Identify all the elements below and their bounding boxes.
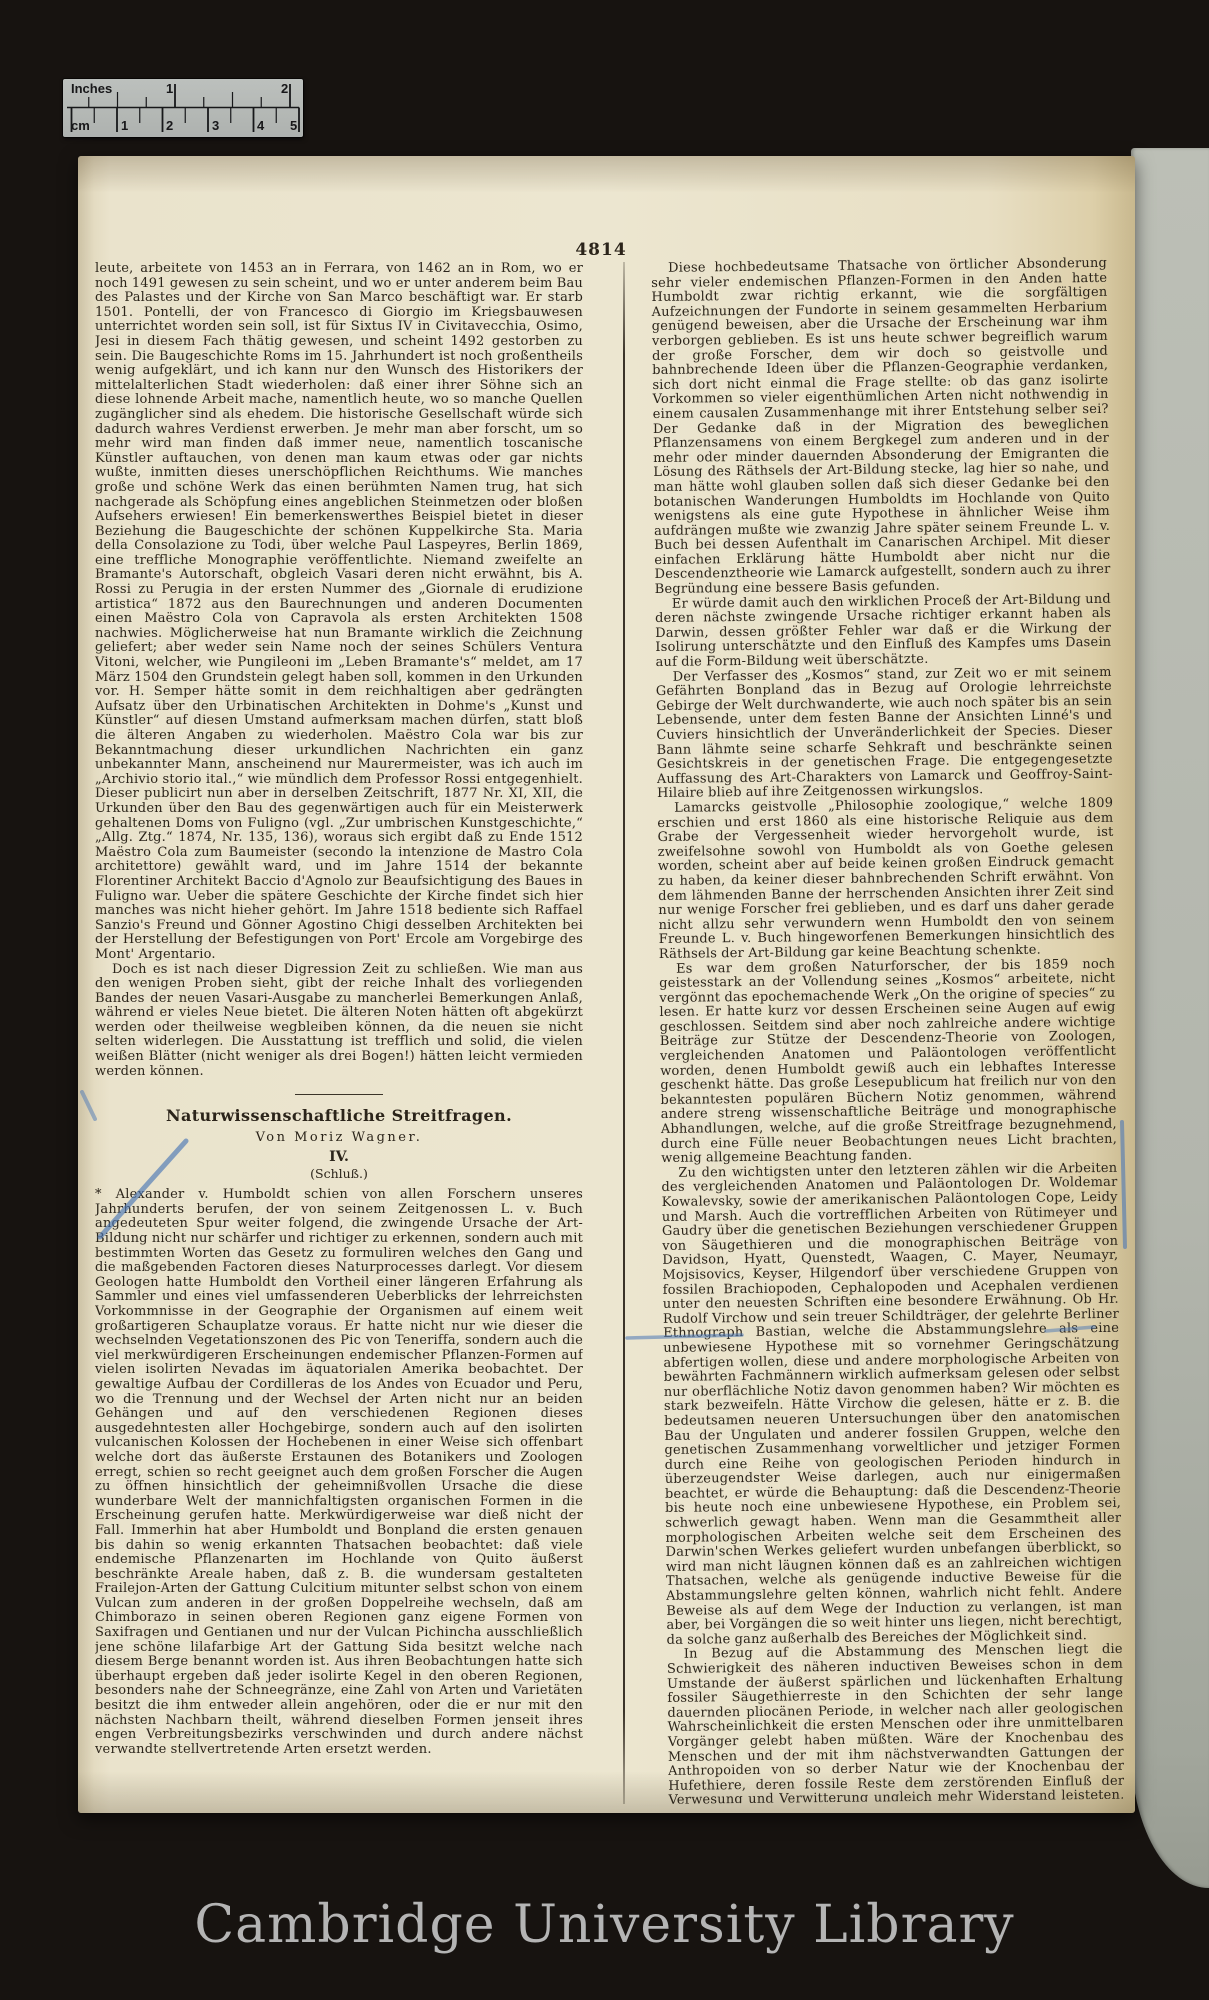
article-byline: Von Moriz Wagner. xyxy=(95,1130,583,1145)
body-paragraph: Diese hochbedeutsame Thatsache von örtli… xyxy=(651,257,1111,598)
ruler-cm-2: 2 xyxy=(166,119,173,132)
ruler-inch-2: 2 xyxy=(281,82,288,95)
section-divider xyxy=(295,1094,383,1095)
body-paragraph: Er würde damit auch den wirklichen Proce… xyxy=(655,592,1112,670)
left-column: leute, arbeitete von 1453 an in Ferrara,… xyxy=(95,262,583,1804)
article-title: Naturwissenschaftliche Streitfragen. xyxy=(95,1106,583,1125)
article-part-note: (Schluß.) xyxy=(95,1166,583,1181)
scan-background: { "scan": { "page_number": "4814", "foot… xyxy=(0,0,1209,2000)
body-paragraph: In Bezug auf die Abstammung des Menschen… xyxy=(667,1643,1125,1804)
ruler-cm-5: 5 xyxy=(290,119,297,132)
body-paragraph: Es war dem großen Naturforscher, der bis… xyxy=(659,957,1117,1166)
body-paragraph: Lamarcks geistvolle „Philosophie zoologi… xyxy=(657,797,1115,963)
body-paragraph: leute, arbeitete von 1453 an in Ferrara,… xyxy=(95,262,583,963)
ruler-unit-inches: Inches xyxy=(71,82,112,95)
body-paragraph: Zu den wichtigsten unter den letzteren z… xyxy=(661,1162,1122,1649)
column-divider xyxy=(623,262,625,1804)
ruler-inch-1: 1 xyxy=(166,82,173,95)
ruler-unit-cm: cm xyxy=(71,119,90,132)
page-number: 4814 xyxy=(95,240,1107,260)
library-watermark: Cambridge University Library xyxy=(0,1895,1209,1955)
ruler-cm-4: 4 xyxy=(257,119,264,132)
body-paragraph: Der Verfasser des „Kosmos“ stand, zur Ze… xyxy=(656,665,1113,802)
text-block: leute, arbeitete von 1453 an in Ferrara,… xyxy=(95,262,1107,1804)
book-fore-edge xyxy=(1131,148,1209,1888)
body-paragraph: * Alexander v. Humboldt schien von allen… xyxy=(95,1188,583,1757)
ruler-cm-3: 3 xyxy=(212,119,219,132)
measurement-ruler: Inches cm 1 2 1 2 3 4 5 xyxy=(63,79,303,137)
scanned-page: 4814 leute, arbeitete von 1453 an in Fer… xyxy=(78,156,1135,1813)
right-column: Diese hochbedeutsame Thatsache von örtli… xyxy=(651,257,1124,1804)
ruler-cm-1: 1 xyxy=(121,119,128,132)
article-part: IV. xyxy=(95,1149,583,1165)
body-paragraph: Doch es ist nach dieser Digression Zeit … xyxy=(95,963,583,1080)
